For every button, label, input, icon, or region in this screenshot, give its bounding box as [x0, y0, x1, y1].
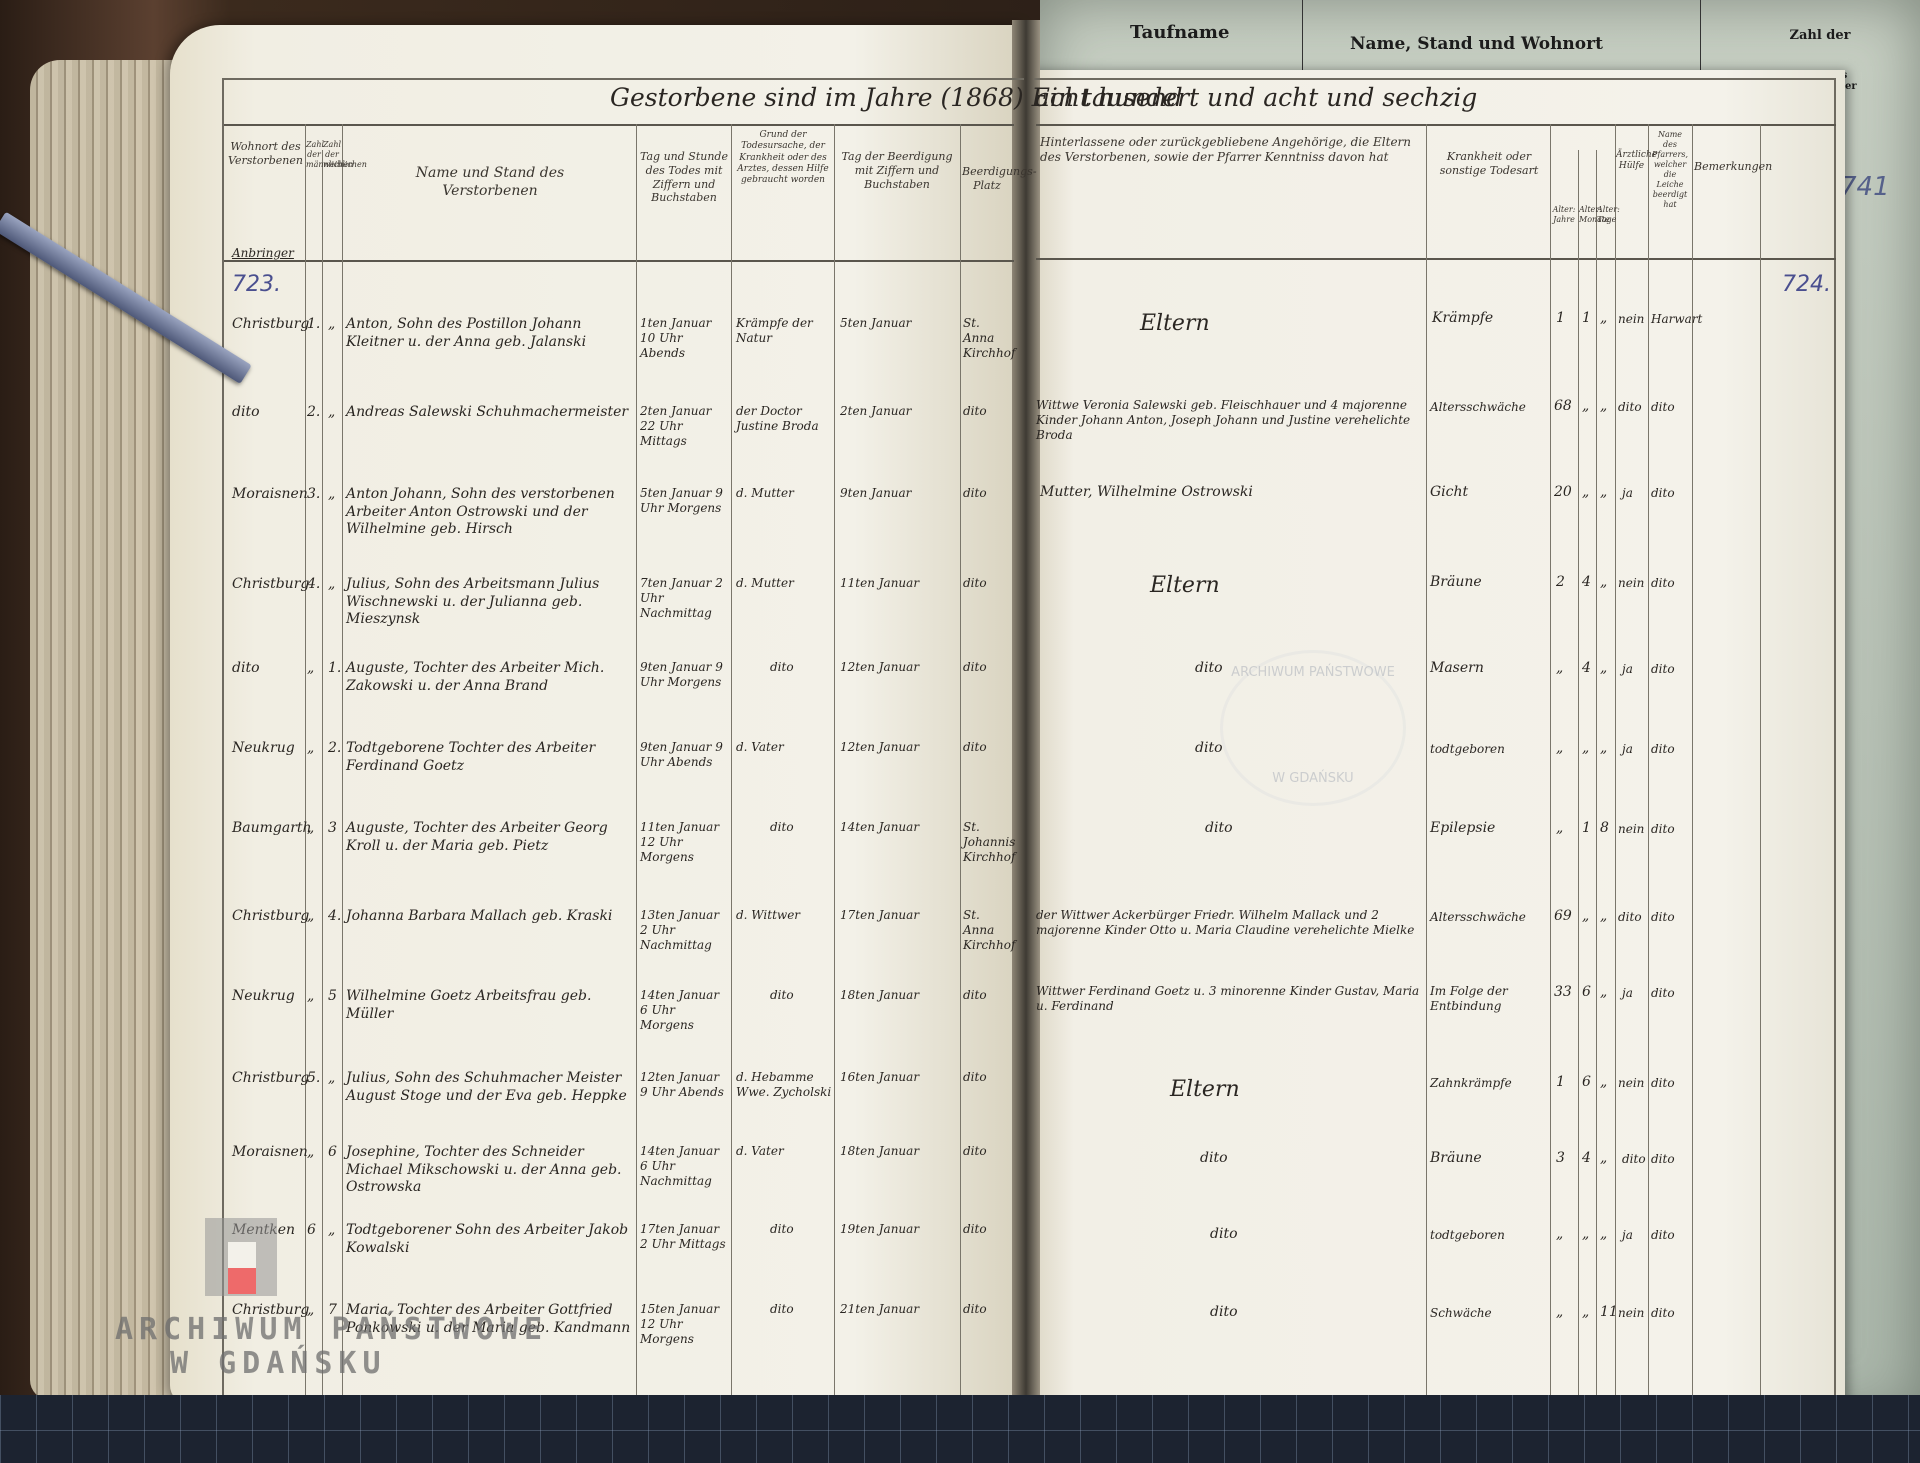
col-header-wohnort: Wohnort des Verstorbenen: [228, 140, 303, 168]
header-rule-bottom-right: [1036, 258, 1836, 260]
entry-age-days: „: [1600, 484, 1607, 502]
entry-death-date: 7ten Januar 2 Uhr Nachmittag: [640, 576, 730, 621]
entry-male-no: 5.: [307, 1070, 320, 1088]
entry-cause: d. Vater: [736, 1144, 784, 1159]
col-line: [1550, 124, 1551, 1396]
entry-burial-date: 12ten Januar: [840, 740, 919, 755]
entry-doctor: ja: [1622, 486, 1633, 501]
entry-survivors: dito: [1195, 660, 1223, 678]
entry-age-months: „: [1582, 484, 1589, 502]
entry-age-months: 6: [1582, 984, 1591, 1002]
col-line: [1578, 150, 1579, 1396]
entry-cemetery: dito: [963, 1302, 987, 1317]
entry-name: Wilhelmine Goetz Arbeitsfrau geb. Müller: [346, 988, 632, 1023]
entry-survivors: Eltern: [1140, 310, 1210, 338]
entry-burial-date: 21ten Januar: [840, 1302, 919, 1317]
entry-cause: Krämpfe der Natur: [736, 316, 832, 346]
col-line: [636, 124, 637, 1396]
archive-embossed-stamp: ARCHIWUM PAŃSTWOWE W GDAŃSKU: [1220, 650, 1406, 806]
entry-name: Julius, Sohn des Arbeitsmann Julius Wisc…: [346, 576, 632, 629]
stamp-text-bottom: W GDAŃSKU: [1223, 771, 1403, 786]
entry-cemetery: dito: [963, 988, 987, 1003]
entry-doctor: dito: [1618, 910, 1642, 925]
entry-age-years: 68: [1554, 398, 1572, 416]
entry-male-no: „: [307, 988, 314, 1006]
col-line: [834, 124, 835, 1396]
entry-cemetery: dito: [963, 1144, 987, 1159]
entry-illness: todtgeboren: [1430, 742, 1505, 757]
entry-cemetery: dito: [963, 404, 987, 419]
entry-female-no: 4.: [328, 908, 341, 926]
entry-pastor: dito: [1651, 576, 1675, 591]
entry-age-months: „: [1582, 1226, 1589, 1244]
entry-death-date: 11ten Januar 12 Uhr Morgens: [640, 820, 730, 865]
entry-pastor: dito: [1651, 486, 1675, 501]
entry-cause: dito: [770, 1222, 794, 1237]
entry-cause: dito: [770, 660, 794, 675]
entry-pastor: dito: [1651, 1152, 1675, 1167]
entry-death-date: 12ten Januar 9 Uhr Abends: [640, 1070, 730, 1100]
entry-name: Josephine, Tochter des Schneider Michael…: [346, 1144, 632, 1197]
entry-age-years: 1: [1556, 1074, 1565, 1092]
entry-name: Anton Johann, Sohn des verstorbenen Arbe…: [346, 486, 632, 539]
entry-age-years: 69: [1554, 908, 1572, 926]
entry-burial-date: 9ten Januar: [840, 486, 911, 501]
col-header-doctor: Ärztliche Hülfe: [1616, 150, 1647, 173]
entry-female-no: 2.: [328, 740, 341, 758]
subheader-anbringer: Anbringer: [232, 246, 294, 261]
entry-survivors: dito: [1195, 740, 1223, 758]
header-rule-top-right: [1036, 124, 1836, 126]
entry-age-months: 4: [1582, 660, 1591, 678]
col-header-illness: Krankheit oder sonstige Todesart: [1430, 150, 1548, 178]
entry-illness: Altersschwäche: [1430, 910, 1526, 925]
entry-cemetery: dito: [963, 576, 987, 591]
entry-cemetery: dito: [963, 740, 987, 755]
entry-age-months: 6: [1582, 1074, 1591, 1092]
entry-pastor: dito: [1651, 400, 1675, 415]
entry-name: Julius, Sohn des Schuhmacher Meister Aug…: [346, 1070, 632, 1105]
entry-place: Neukrug: [232, 988, 295, 1006]
col-line: [1426, 124, 1427, 1396]
col-header-female: Zahl der weiblichen: [323, 140, 341, 170]
entry-cause: der Doctor Justine Broda: [736, 404, 832, 434]
entry-age-months: 1: [1582, 820, 1591, 838]
entry-burial-date: 2ten Januar: [840, 404, 958, 419]
entry-pastor: Harwart: [1651, 312, 1702, 327]
entry-survivors: Eltern: [1150, 572, 1220, 600]
entry-age-months: „: [1582, 398, 1589, 416]
entry-survivors: dito: [1210, 1226, 1238, 1244]
entry-cemetery: dito: [963, 1222, 987, 1237]
entry-age-years: 2: [1556, 574, 1565, 592]
entry-death-date: 17ten Januar 2 Uhr Mittags: [640, 1222, 730, 1252]
entry-burial-date: 18ten Januar: [840, 1144, 919, 1159]
entry-name: Auguste, Tochter des Arbeiter Georg Krol…: [346, 820, 632, 855]
entry-age-days: 8: [1600, 820, 1609, 838]
entry-doctor: ja: [1622, 662, 1633, 677]
entry-illness: Altersschwäche: [1430, 400, 1526, 415]
col-header-months: Alter: Monate: [1579, 205, 1595, 225]
entry-male-no: „: [307, 660, 314, 678]
entry-survivors: der Wittwer Ackerbürger Friedr. Wilhelm …: [1036, 908, 1422, 938]
entry-age-years: „: [1556, 660, 1563, 678]
entry-survivors: dito: [1200, 1150, 1228, 1168]
col-header-cause: Grund der Todesursache, der Krankheit od…: [733, 130, 833, 186]
entry-death-date: 15ten Januar 12 Uhr Morgens: [640, 1302, 730, 1347]
col-line: [342, 124, 343, 1396]
archive-logo-icon: [205, 1218, 277, 1296]
col-line: [1760, 124, 1761, 1396]
col-header-name: Name und Stand des Verstorbenen: [380, 165, 600, 200]
entry-pastor: dito: [1651, 822, 1675, 837]
entry-doctor: nein: [1618, 1076, 1644, 1091]
entry-female-no: „: [328, 1222, 335, 1240]
col-line: [1648, 124, 1649, 1396]
entry-name: Auguste, Tochter des Arbeiter Mich. Zako…: [346, 660, 632, 695]
entry-female-no: „: [328, 316, 335, 334]
form-header-zahl: Zahl der: [1780, 28, 1860, 43]
entry-burial-date: 11ten Januar: [840, 576, 919, 591]
entry-doctor: ja: [1622, 742, 1633, 757]
entry-cause: dito: [770, 820, 794, 835]
entry-burial-date: 12ten Januar: [840, 660, 919, 675]
entry-cause: d. Mutter: [736, 486, 794, 501]
entry-age-days: „: [1600, 574, 1607, 592]
entry-female-no: „: [328, 576, 335, 594]
entry-cause: d. Hebamme Wwe. Zycholski: [736, 1070, 832, 1100]
register-title-right: acht hundert und acht und sechzig: [1035, 82, 1477, 113]
page-number-right: 724.: [1782, 272, 1831, 297]
col-header-cemetery: Beerdigungs-Platz: [962, 165, 1012, 193]
col-header-pastor: Name des Pfarrers, welcher die Leiche be…: [1650, 130, 1690, 210]
entry-age-days: „: [1600, 1074, 1607, 1092]
entry-cemetery: dito: [963, 660, 987, 675]
entry-place: dito: [232, 404, 260, 422]
entry-illness: Epilepsie: [1430, 820, 1495, 838]
entry-age-years: 1: [1556, 310, 1565, 328]
entry-cemetery: dito: [963, 486, 987, 501]
entry-burial-date: 14ten Januar: [840, 820, 919, 835]
entry-pastor: dito: [1651, 1228, 1675, 1243]
entry-doctor: nein: [1618, 312, 1644, 327]
entry-female-no: 1.: [328, 660, 341, 678]
entry-burial-date: 5ten Januar: [840, 316, 958, 331]
entry-doctor: dito: [1622, 1152, 1646, 1167]
entry-cause: d. Mutter: [736, 576, 794, 591]
entry-age-days: „: [1600, 1150, 1607, 1168]
watermark-line2: W GDAŃSKU: [170, 1346, 387, 1381]
entry-female-no: 3: [328, 820, 337, 838]
entry-pastor: dito: [1651, 662, 1675, 677]
entry-male-no: „: [307, 740, 314, 758]
entry-pastor: dito: [1651, 742, 1675, 757]
entry-illness: Bräune: [1430, 574, 1482, 592]
entry-illness: todtgeboren: [1430, 1228, 1505, 1243]
entry-doctor: nein: [1618, 1306, 1644, 1321]
entry-burial-date: 18ten Januar: [840, 988, 919, 1003]
entry-age-years: „: [1556, 1304, 1563, 1322]
form-page-number: 741: [1840, 172, 1890, 202]
entry-illness: Masern: [1430, 660, 1484, 678]
col-line: [960, 124, 961, 1396]
entry-death-date: 1ten Januar 10 Uhr Abends: [640, 316, 730, 361]
col-line: [1596, 150, 1597, 1396]
page-number-left: 723.: [232, 272, 281, 297]
entry-survivors: Eltern: [1170, 1076, 1240, 1104]
col-line: [731, 124, 732, 1396]
entry-age-years: „: [1556, 740, 1563, 758]
entry-pastor: dito: [1651, 986, 1675, 1001]
entry-female-no: „: [328, 1070, 335, 1088]
entry-doctor: nein: [1618, 576, 1644, 591]
entry-illness: Schwäche: [1430, 1306, 1492, 1321]
col-header-years: Alter: Jahre: [1552, 205, 1576, 225]
entry-name: Anton, Sohn des Postillon Johann Kleitne…: [346, 316, 632, 351]
entry-male-no: „: [307, 1144, 314, 1162]
entry-survivors: dito: [1210, 1304, 1238, 1322]
entry-male-no: „: [307, 908, 314, 926]
col-line: [1615, 124, 1616, 1396]
entry-death-date: 2ten Januar 22 Uhr Mittags: [640, 404, 730, 449]
entry-female-no: „: [328, 404, 335, 422]
entry-death-date: 13ten Januar 2 Uhr Nachmittag: [640, 908, 730, 953]
entry-name: Andreas Salewski Schuhmachermeister: [346, 404, 632, 422]
entry-doctor: ja: [1622, 1228, 1633, 1243]
col-header-days: Alter: Tage: [1597, 205, 1614, 225]
entry-death-date: 9ten Januar 9 Uhr Morgens: [640, 660, 730, 690]
entry-doctor: nein: [1618, 822, 1644, 837]
entry-cemetery: St. Johannis Kirchhof: [963, 820, 1013, 865]
entry-male-no: 1.: [307, 316, 320, 334]
entry-age-days: „: [1600, 740, 1607, 758]
entry-burial-date: 16ten Januar: [840, 1070, 919, 1085]
entry-illness: Im Folge der Entbindung: [1430, 984, 1548, 1014]
watermark-line1: ARCHIWUM PAŃSTWOWE: [115, 1312, 548, 1347]
entry-place: Christburg: [232, 316, 309, 334]
form-header-taufname: Taufname: [1130, 22, 1229, 43]
col-header-burial-date: Tag der Beerdigung mit Ziffern und Buchs…: [836, 150, 958, 191]
col-line: [305, 124, 306, 1396]
entry-age-days: „: [1600, 1226, 1607, 1244]
entry-name: Todtgeborener Sohn des Arbeiter Jakob Ko…: [346, 1222, 632, 1257]
entry-death-date: 14ten Januar 6 Uhr Morgens: [640, 988, 730, 1033]
entry-male-no: 3.: [307, 486, 320, 504]
entry-age-days: 11: [1600, 1304, 1618, 1322]
entry-survivors: Wittwe Veronia Salewski geb. Fleischhaue…: [1036, 398, 1422, 443]
entry-illness: Krämpfe: [1432, 310, 1493, 328]
entry-death-date: 14ten Januar 6 Uhr Nachmittag: [640, 1144, 730, 1189]
entry-survivors: Mutter, Wilhelmine Ostrowski: [1040, 484, 1253, 502]
col-header-death-date: Tag und Stunde des Todes mit Ziffern und…: [638, 150, 730, 205]
entry-female-no: „: [328, 486, 335, 504]
entry-age-months: „: [1582, 908, 1589, 926]
entry-survivors: dito: [1205, 820, 1233, 838]
entry-illness: Gicht: [1430, 484, 1468, 502]
entry-age-days: „: [1600, 398, 1607, 416]
entry-doctor: dito: [1618, 400, 1642, 415]
entry-place: Baumgarth: [232, 820, 312, 838]
right-page-frame: [1034, 78, 1836, 1400]
entry-burial-date: 17ten Januar: [840, 908, 919, 923]
entry-name: Todtgeborene Tochter des Arbeiter Ferdin…: [346, 740, 632, 775]
entry-female-no: 5: [328, 988, 337, 1006]
cutting-mat: [0, 1395, 1920, 1463]
entry-male-no: „: [307, 820, 314, 838]
entry-cemetery: St. Anna Kirchhof: [963, 908, 1013, 953]
entry-age-days: „: [1600, 984, 1607, 1002]
entry-cemetery: St. Anna Kirchhof: [963, 316, 1013, 361]
entry-place: Moraisnen: [232, 1144, 308, 1162]
entry-age-days: „: [1600, 908, 1607, 926]
entry-illness: Bräune: [1430, 1150, 1482, 1168]
entry-survivors: Wittwer Ferdinand Goetz u. 3 minorenne K…: [1036, 984, 1422, 1014]
col-line: [322, 150, 323, 1396]
entry-age-years: 33: [1554, 984, 1572, 1002]
form-header-name-stand: Name, Stand und Wohnort: [1350, 34, 1603, 54]
entry-place: Moraisnen: [232, 486, 308, 504]
entry-male-no: 6: [307, 1222, 316, 1240]
entry-cemetery: dito: [963, 1070, 987, 1085]
entry-age-months: „: [1582, 1304, 1589, 1322]
entry-age-years: 3: [1556, 1150, 1565, 1168]
entry-death-date: 5ten Januar 9 Uhr Morgens: [640, 486, 730, 516]
entry-age-days: „: [1600, 660, 1607, 678]
entry-place: Christburg: [232, 908, 309, 926]
entry-age-months: 4: [1582, 574, 1591, 592]
entry-place: Christburg: [232, 576, 309, 594]
entry-male-no: 2.: [307, 404, 320, 422]
col-header-male: Zahl der männlichen: [306, 140, 322, 170]
entry-age-years: „: [1556, 1226, 1563, 1244]
entry-pastor: dito: [1651, 910, 1675, 925]
entry-female-no: 6: [328, 1144, 337, 1162]
entry-pastor: dito: [1651, 1076, 1675, 1091]
entry-age-years: „: [1556, 820, 1563, 838]
entry-cause: dito: [770, 1302, 794, 1317]
entry-cause: d. Wittwer: [736, 908, 800, 923]
entry-age-days: „: [1600, 310, 1607, 328]
entry-place: Christburg: [232, 1070, 309, 1088]
entry-age-months: 1: [1582, 310, 1591, 328]
entry-pastor: dito: [1651, 1306, 1675, 1321]
col-header-remarks: Bemerkungen: [1694, 160, 1758, 174]
stamp-text-top: ARCHIWUM PAŃSTWOWE: [1223, 665, 1403, 680]
entry-age-months: 4: [1582, 1150, 1591, 1168]
entry-name: Johanna Barbara Mallach geb. Kraski: [346, 908, 632, 926]
entry-burial-date: 19ten Januar: [840, 1222, 919, 1237]
entry-doctor: ja: [1622, 986, 1633, 1001]
col-header-survivors: Hinterlassene oder zurückgebliebene Ange…: [1040, 135, 1420, 165]
entry-illness: Zahnkrämpfe: [1430, 1076, 1512, 1091]
entry-age-months: „: [1582, 740, 1589, 758]
entry-age-years: 20: [1554, 484, 1572, 502]
entry-male-no: 4.: [307, 576, 320, 594]
entry-cause: dito: [770, 988, 794, 1003]
entry-death-date: 9ten Januar 9 Uhr Abends: [640, 740, 730, 770]
entry-place: Neukrug: [232, 740, 295, 758]
entry-cause: d. Vater: [736, 740, 784, 755]
entry-place: dito: [232, 660, 260, 678]
